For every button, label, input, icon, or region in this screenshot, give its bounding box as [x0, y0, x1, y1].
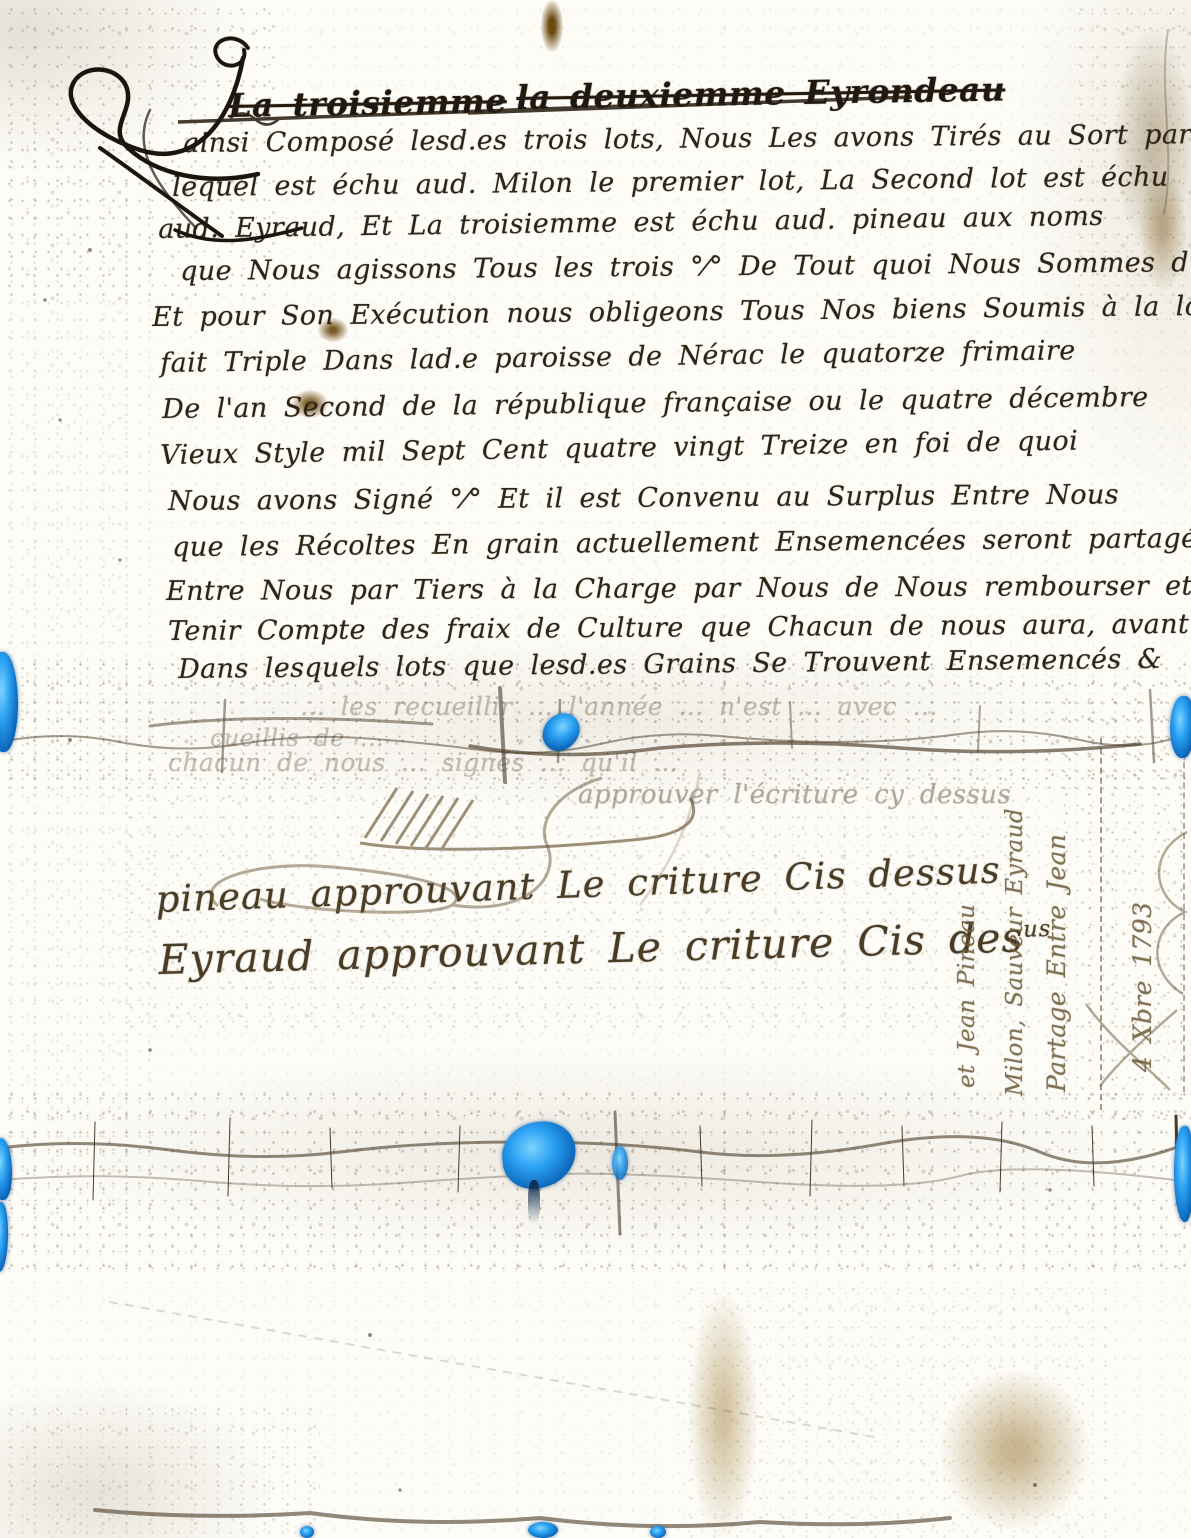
body-line: lequel est échu aud. Milon le premier lo…: [172, 162, 1169, 203]
paper-speckle-bottom-left: [0, 1400, 320, 1538]
body-line: que Nous agissons Tous les trois °⁄° De …: [180, 246, 1191, 287]
eyraud-approval-line: Eyraud approuvant Le criture Cis desus: [158, 913, 1052, 984]
body-line: Et pour Son Exécution nous obligeons Tou…: [152, 291, 1191, 333]
margin-note-line-3: et Jean Pineau: [954, 904, 980, 1088]
body-line: fait Triple Dans lad.e paroisse de Nérac…: [160, 335, 1076, 379]
ink-blot: [650, 1526, 666, 1538]
ink-blot-tail: [528, 1180, 540, 1224]
ink-stain: [940, 1370, 1090, 1530]
struck-heading-segment-1: La troisiemme: [228, 81, 507, 125]
document-page: La troisiemme la deuxiemme Eyrondeau ain…: [0, 0, 1191, 1538]
margin-note-line-1: Partage Entre Jean: [1042, 834, 1071, 1092]
body-line: Entre Nous par Tiers à la Charge par Nou…: [166, 571, 1191, 607]
faded-line: … les recueillir … l'année … n'est … ave…: [300, 692, 938, 721]
milon-signature-label: [360, 786, 490, 852]
ink-blot: [1170, 696, 1191, 758]
body-line: ainsi Composé lesd.es trois lots, Nous L…: [183, 119, 1191, 159]
struck-heading-segment-2: la deuxiemme Eyrondeau: [516, 69, 1006, 117]
body-line: Tenir Compte des fraix de Culture que Ch…: [168, 609, 1189, 647]
margin-rule-inner: [1100, 738, 1102, 1110]
paper-speckle-margin-column: [1055, 690, 1191, 1120]
paper-speckle-left-column: [0, 120, 150, 1220]
ink-blot: [528, 1522, 558, 1538]
crease-line-lower: [0, 1112, 1191, 1234]
body-line: De l'an Second de la république français…: [162, 382, 1149, 425]
faded-line: chacun de nous … signés … qu'il …: [168, 748, 678, 777]
ink-stain: [541, 0, 563, 52]
body-line: aud. Eyraud, Et La troisiemme est échu a…: [158, 201, 1104, 245]
ink-blot: [0, 1138, 12, 1200]
ink-blot: [498, 1117, 580, 1193]
pineau-approval-line: pineau approuvant Le criture Cis dessus: [155, 848, 1001, 920]
faded-line: approuver l'écriture cy dessus: [578, 780, 1011, 810]
body-line: Nous avons Signé °⁄° Et il est Convenu a…: [168, 479, 1119, 517]
body-line: Vieux Style mil Sept Cent quatre vingt T…: [160, 426, 1078, 471]
ink-blot: [1174, 1126, 1191, 1222]
ink-blot: [612, 1146, 628, 1180]
margin-note-date: 4 Xbre 1793: [1128, 902, 1157, 1072]
eyraud-approval-text: Eyraud approuvant Le criture Cis des: [158, 913, 1024, 984]
ink-blot: [0, 652, 18, 752]
ink-stain: [688, 1290, 758, 1538]
body-line: que les Récoltes En grain actuellement E…: [172, 523, 1191, 563]
margin-note-line-2: Milon, Sauveur Eyraud: [1002, 808, 1028, 1096]
paper-speckle-crease-band-2: [0, 1085, 1191, 1275]
margin-rule-outer: [1183, 752, 1185, 1092]
paper-speckle-bottom-mid: [680, 1280, 1110, 1538]
body-line: Dans lesquels lots que lesd.es Grains Se…: [178, 644, 1162, 685]
ink-blot: [300, 1526, 314, 1538]
ink-blot: [0, 1202, 8, 1272]
